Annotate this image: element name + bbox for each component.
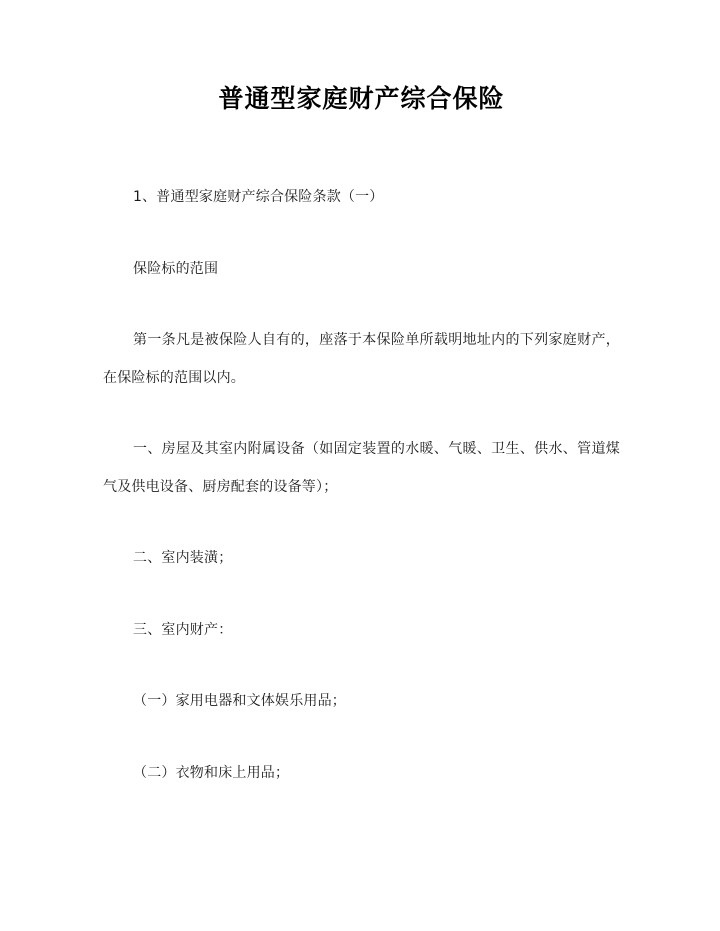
section-heading-insured-scope: 保险标的范围 [103, 251, 620, 289]
item-2-interior-decoration: 二、室内装潢； [103, 540, 620, 578]
document-title: 普通型家庭财产综合保险 [103, 0, 620, 115]
subitem-1-appliances-recreation: （一）家用电器和文体娱乐用品； [103, 683, 620, 721]
subitem-2-clothing-bedding: （二）衣物和床上用品； [103, 755, 620, 793]
document-content: 普通型家庭财产综合保险 1、普通型家庭财产综合保险条款（一） 保险标的范围 第一… [0, 0, 720, 792]
article-1-text: 第一条凡是被保险人自有的，座落于本保险单所载明地址内的下列家庭财产，在保险标的范… [103, 322, 620, 397]
document-page: 普通型家庭财产综合保险 1、普通型家庭财产综合保险条款（一） 保险标的范围 第一… [0, 0, 720, 931]
item-1-housing-and-fixtures: 一、房屋及其室内附属设备（如固定装置的水暖、气暖、卫生、供水、管道煤气及供电设备… [103, 431, 620, 506]
item-3-indoor-property: 三、室内财产： [103, 612, 620, 650]
clause-title: 1、普通型家庭财产综合保险条款（一） [103, 179, 620, 217]
